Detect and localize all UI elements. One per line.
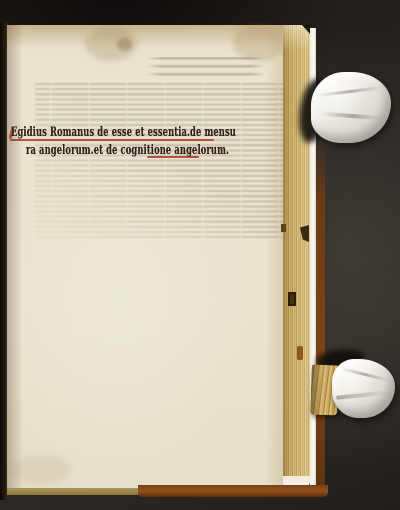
lower-paper-bookmark-tab <box>332 359 395 418</box>
red-underline-2 <box>147 156 199 158</box>
book-photograph: Egidius Romanus de esse et essentia.de m… <box>0 0 400 510</box>
leather-cover-edge <box>316 140 325 497</box>
caption-line-1: Egidius Romanus de esse et essentia.de m… <box>11 126 236 140</box>
clasp-mark <box>300 225 309 242</box>
book-page: Egidius Romanus de esse et essentia.de m… <box>7 25 283 488</box>
bottom-page-edges <box>7 488 140 495</box>
red-underline-1 <box>10 139 214 141</box>
book-gutter-shadow <box>0 22 7 500</box>
clasp-mark <box>297 346 303 360</box>
stain <box>117 38 132 51</box>
versotext-bleedthrough-heading <box>147 57 265 78</box>
upper-paper-bookmark-tab <box>311 72 391 143</box>
clasp-mark <box>281 224 286 232</box>
fore-edge-side-shade <box>265 25 283 488</box>
clasp-mark <box>288 292 296 306</box>
edge-notch <box>302 25 310 34</box>
versotext-bleedthrough-block <box>35 83 285 239</box>
inner-gutter-shadow <box>7 25 23 488</box>
leather-cover-bottom <box>138 485 328 497</box>
